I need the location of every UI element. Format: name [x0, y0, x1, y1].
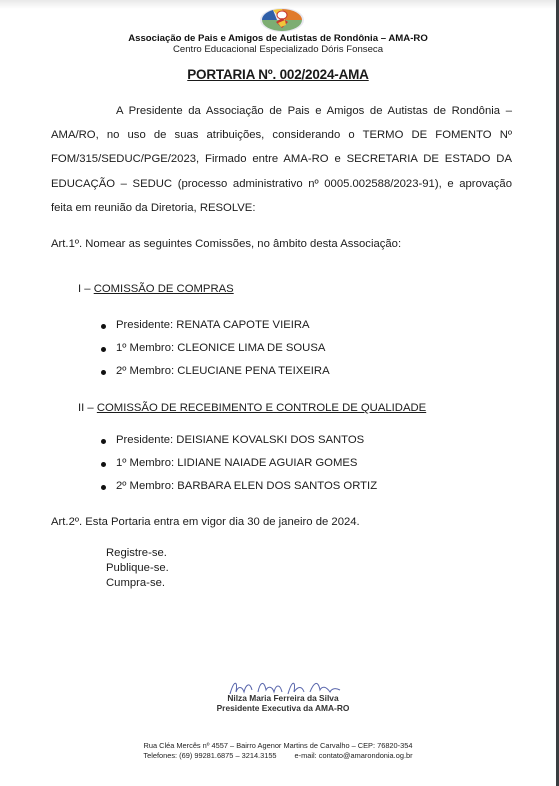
- document-title: PORTARIA Nº. 002/2024-AMA: [0, 67, 556, 82]
- section-title: COMISSÃO DE COMPRAS: [94, 283, 234, 295]
- list-item: Presidente: DEISIANE KOVALSKI DOS SANTOS: [100, 434, 377, 457]
- signature-block: Nilza Maria Ferreira da Silva Presidente…: [0, 693, 556, 713]
- list-item: 1º Membro: LIDIANE NAIADE AGUIAR GOMES: [100, 457, 377, 480]
- member-list-recebimento: Presidente: DEISIANE KOVALSKI DOS SANTOS…: [100, 434, 377, 503]
- closing-formula: Registre-se. Publique-se. Cumpra-se.: [106, 546, 169, 591]
- member-list-compras: Presidente: RENATA CAPOTE VIEIRA 1º Memb…: [100, 319, 330, 388]
- list-item: 2º Membro: CLEUCIANE PENA TEIXEIRA: [100, 365, 330, 388]
- section-numeral: II –: [78, 402, 97, 414]
- footer-phones: Telefones: (69) 99281.6875 – 3214.3155: [143, 751, 276, 760]
- section-numeral: I –: [78, 283, 94, 295]
- section-title: COMISSÃO DE RECEBIMENTO E CONTROLE DE QU…: [97, 402, 426, 414]
- closing-line: Registre-se.: [106, 546, 169, 561]
- organization-subtitle: Centro Educacional Especializado Dóris F…: [0, 44, 556, 55]
- section-heading-compras: I – COMISSÃO DE COMPRAS: [78, 283, 539, 295]
- page-footer: Rua Cléa Mercês nº 4557 – Bairro Agenor …: [0, 741, 556, 761]
- article-1: Art.1º. Nomear as seguintes Comissões, n…: [51, 238, 512, 250]
- section-heading-recebimento: II – COMISSÃO DE RECEBIMENTO E CONTROLE …: [78, 402, 539, 414]
- list-item: 1º Membro: CLEONICE LIMA DE SOUSA: [100, 342, 330, 365]
- ama-ro-logo-icon: [259, 6, 305, 32]
- signatory-role: Presidente Executiva da AMA-RO: [10, 703, 556, 713]
- footer-contacts: Telefones: (69) 99281.6875 – 3214.3155e-…: [0, 751, 556, 761]
- closing-line: Cumpra-se.: [106, 576, 169, 591]
- organization-name: Associação de Pais e Amigos de Autistas …: [0, 33, 556, 44]
- closing-line: Publique-se.: [106, 561, 169, 576]
- footer-address: Rua Cléa Mercês nº 4557 – Bairro Agenor …: [0, 741, 556, 751]
- list-item: Presidente: RENATA CAPOTE VIEIRA: [100, 319, 330, 342]
- article-2: Art.2º. Esta Portaria entra em vigor dia…: [51, 516, 512, 528]
- signatory-name: Nilza Maria Ferreira da Silva: [10, 693, 556, 703]
- list-item: 2º Membro: BARBARA ELEN DOS SANTOS ORTIZ: [100, 480, 377, 503]
- footer-email: e-mail: contato@amarondonia.og.br: [295, 751, 413, 760]
- preamble-paragraph: A Presidente da Associação de Pais e Ami…: [51, 99, 512, 220]
